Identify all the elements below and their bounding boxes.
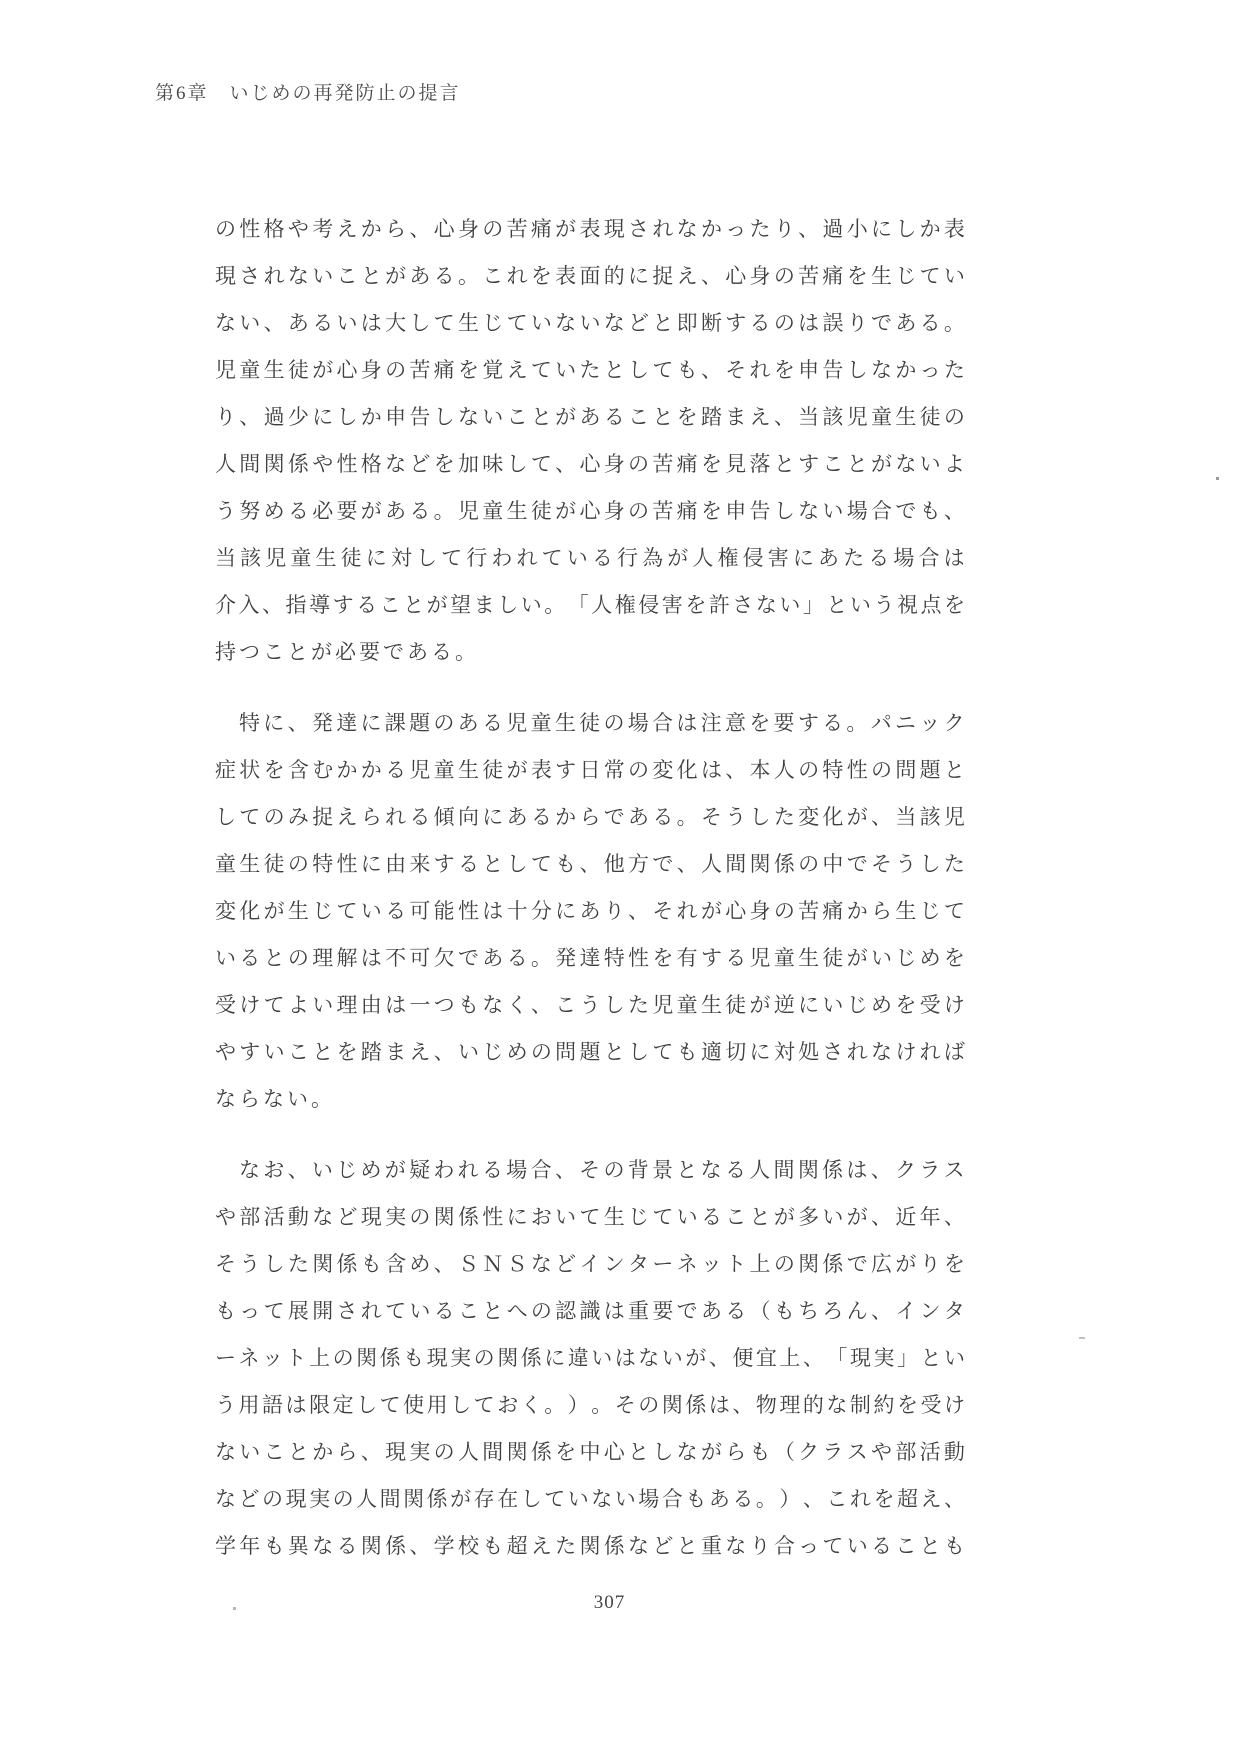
text-line: 人間関係や性格などを加味して、心身の苦痛を見落とすことがないよ: [215, 441, 965, 488]
text-line: 現されないことがある。これを表面的に捉え、心身の苦痛を生じてい: [215, 253, 965, 300]
document-page: 第6章 いじめの再発防止の提言 の性格や考えから、心身の苦痛が表現されなかったり…: [0, 0, 1239, 1754]
text-line: 受けてよい理由は一つもなく、こうした児童生徒が逆にいじめを受け: [215, 982, 965, 1029]
paragraph: なお、いじめが疑われる場合、その背景となる人間関係は、クラスや部活動など現実の関…: [215, 1147, 965, 1570]
text-line: 介入、指導することが望ましい。「人権侵害を許さない」という視点を: [215, 582, 965, 629]
text-line: してのみ捉えられる傾向にあるからである。そうした変化が、当該児: [215, 794, 965, 841]
paragraph: 特に、発達に課題のある児童生徒の場合は注意を要する。パニック症状を含むかかる児童…: [215, 700, 965, 1123]
page-number: 307: [0, 1592, 1219, 1614]
text-line: なお、いじめが疑われる場合、その背景となる人間関係は、クラス: [215, 1147, 965, 1194]
text-line: 当該児童生徒に対して行われている行為が人権侵害にあたる場合は: [215, 535, 965, 582]
scan-artifact-dot: [233, 1607, 236, 1610]
text-line: 学年も異なる関係、学校も超えた関係などと重なり合っていることも: [215, 1523, 965, 1570]
text-line: もって展開されていることへの認識は重要である（もちろん、インタ: [215, 1288, 965, 1335]
scan-artifact-dot: [1216, 477, 1219, 480]
scan-artifact-dash: [1079, 1337, 1085, 1339]
text-line: う用語は限定して使用しておく。）。その関係は、物理的な制約を受け: [215, 1382, 965, 1429]
text-line: 持つことが必要である。: [215, 629, 965, 676]
text-line: の性格や考えから、心身の苦痛が表現されなかったり、過小にしか表: [215, 206, 965, 253]
text-line: 変化が生じている可能性は十分にあり、それが心身の苦痛から生じて: [215, 888, 965, 935]
text-line: ならない。: [215, 1076, 965, 1123]
text-line: り、過少にしか申告しないことがあることを踏まえ、当該児童生徒の: [215, 394, 965, 441]
paragraph: の性格や考えから、心身の苦痛が表現されなかったり、過小にしか表現されないことがあ…: [215, 206, 965, 676]
text-line: 児童生徒が心身の苦痛を覚えていたとしても、それを申告しなかった: [215, 347, 965, 394]
text-line: う努める必要がある。児童生徒が心身の苦痛を申告しない場合でも、: [215, 488, 965, 535]
text-line: 童生徒の特性に由来するとしても、他方で、人間関係の中でそうした: [215, 841, 965, 888]
body-text: の性格や考えから、心身の苦痛が表現されなかったり、過小にしか表現されないことがあ…: [215, 206, 965, 1570]
text-line: そうした関係も含め、ＳＮＳなどインターネット上の関係で広がりを: [215, 1241, 965, 1288]
text-line: いるとの理解は不可欠である。発達特性を有する児童生徒がいじめを: [215, 935, 965, 982]
text-line: ーネット上の関係も現実の関係に違いはないが、便宜上、「現実」とい: [215, 1335, 965, 1382]
running-header-chapter-title: 第6章 いじめの再発防止の提言: [155, 78, 461, 105]
text-line: ないことから、現実の人間関係を中心としながらも（クラスや部活動: [215, 1429, 965, 1476]
text-line: 症状を含むかかる児童生徒が表す日常の変化は、本人の特性の問題と: [215, 747, 965, 794]
text-line: やすいことを踏まえ、いじめの問題としても適切に対処されなければ: [215, 1029, 965, 1076]
text-line: などの現実の人間関係が存在していない場合もある。）、これを超え、: [215, 1476, 965, 1523]
text-line: ない、あるいは大して生じていないなどと即断するのは誤りである。: [215, 300, 965, 347]
text-line: 特に、発達に課題のある児童生徒の場合は注意を要する。パニック: [215, 700, 965, 747]
text-line: や部活動など現実の関係性において生じていることが多いが、近年、: [215, 1194, 965, 1241]
